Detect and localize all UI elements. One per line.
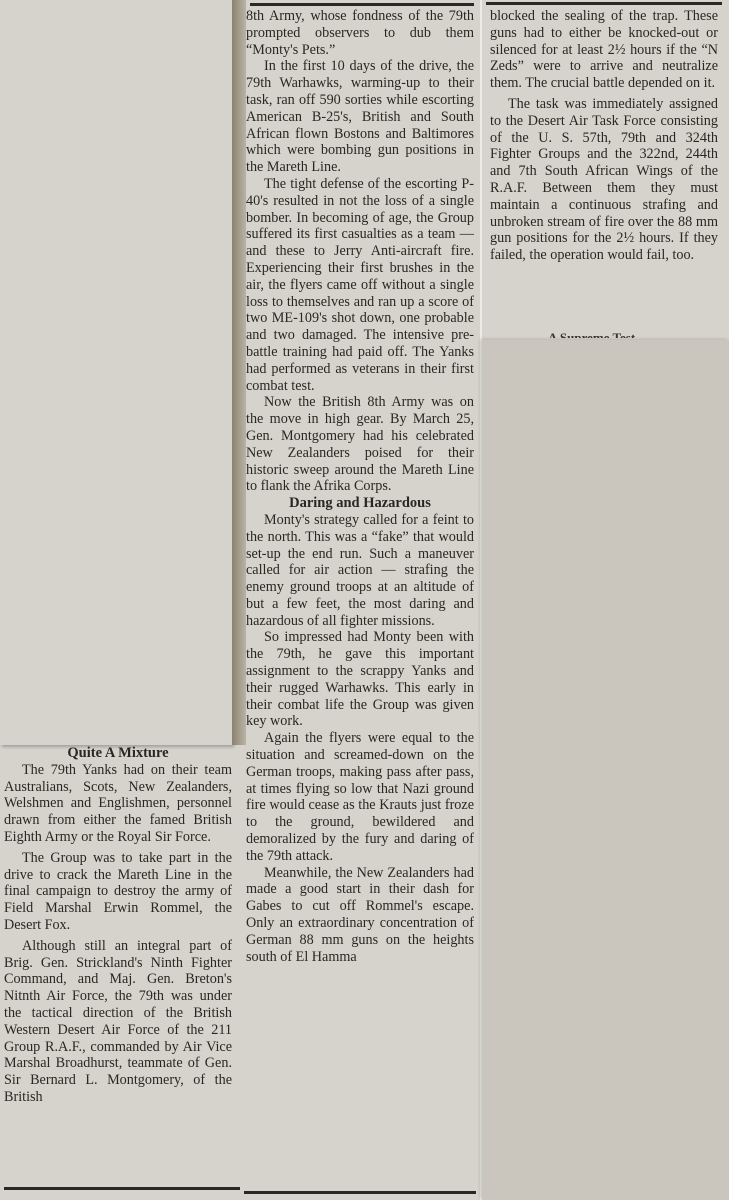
paragraph: Again the flyers were equal to the situa… [246, 730, 474, 864]
paragraph: blocked the sealing of the trap. These g… [490, 8, 718, 92]
paragraph: The 79th Yanks had on their team Austral… [4, 762, 232, 846]
paragraph: The task was immediately assigned to the… [490, 96, 718, 264]
bottom-rule-left [4, 1187, 240, 1190]
paragraph: In the first 10 days of the drive, the 7… [246, 58, 474, 176]
paragraph: The Group was to take part in the drive … [4, 850, 232, 934]
paragraph: Although still an integral part of Brig.… [4, 938, 232, 1106]
right-column: blocked the sealing of the trap. These g… [490, 8, 718, 264]
bottom-rule-middle [244, 1191, 476, 1194]
paragraph: 8th Army, whose fondness of the 79th pro… [246, 8, 474, 58]
top-rule-middle [250, 3, 474, 6]
paragraph: So impressed had Monty been with the 79t… [246, 629, 474, 730]
subhead-quite-a-mixture: Quite A Mixture [4, 745, 232, 762]
paragraph: Monty's strategy called for a feint to t… [246, 512, 474, 630]
subhead-daring-and-hazardous: Daring and Hazardous [246, 495, 474, 512]
paragraph: Now the British 8th Army was on the move… [246, 394, 474, 495]
top-rule-right [486, 2, 722, 5]
paragraph: Meanwhile, the New Zealanders had made a… [246, 865, 474, 966]
blank-paper-bottom-right [482, 340, 729, 1200]
blank-paper-top-left [0, 0, 232, 745]
left-column: Quite A Mixture The 79th Yanks had on th… [4, 745, 232, 1106]
fold-shadow [232, 0, 246, 745]
middle-column: 8th Army, whose fondness of the 79th pro… [246, 8, 474, 965]
paragraph: The tight defense of the escorting P-40'… [246, 176, 474, 394]
cut-off-subhead: A Supreme Test [548, 330, 635, 338]
